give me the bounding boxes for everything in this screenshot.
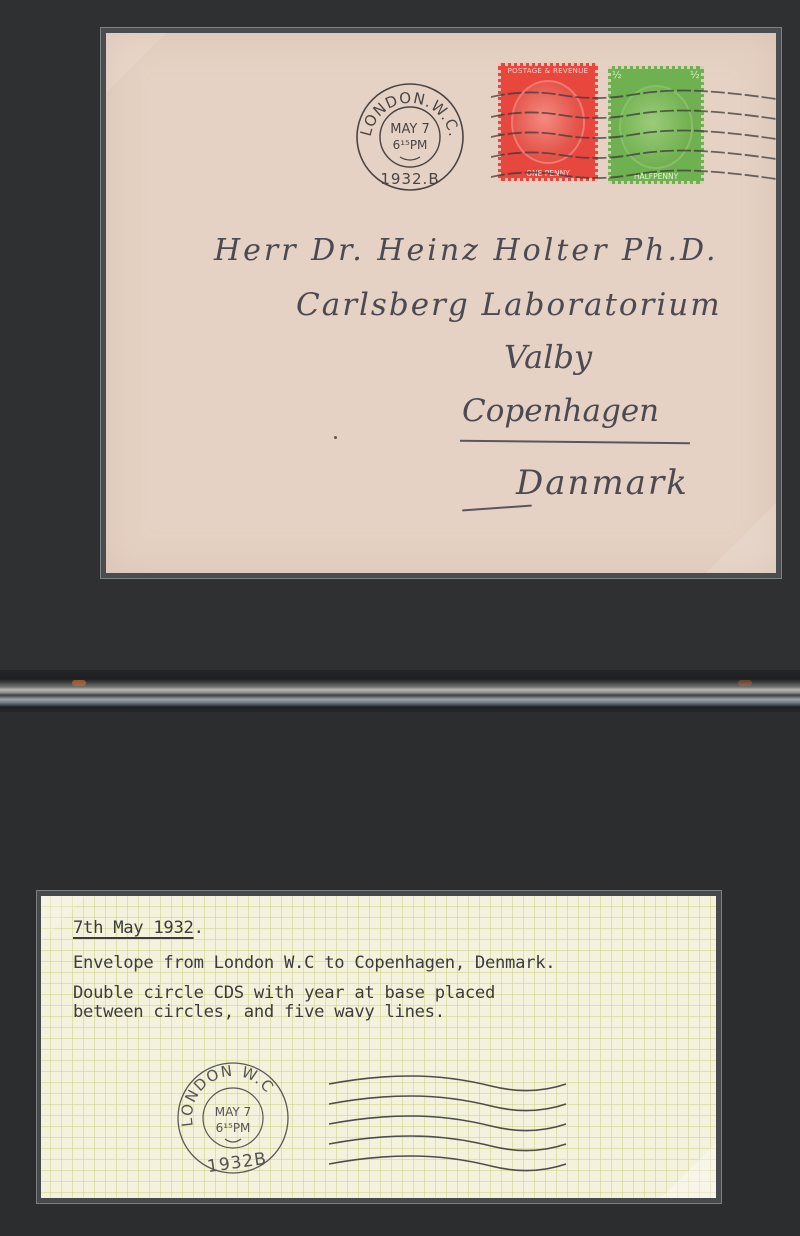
- mount-corner: [661, 1143, 716, 1198]
- postmark-time: 6¹⁵PM: [393, 138, 428, 152]
- mount-corner: [106, 33, 166, 93]
- city-underline: [460, 440, 690, 444]
- ink-dot: [334, 436, 337, 439]
- sketch-wavy-lines-icon: [329, 1076, 566, 1171]
- card-date-heading: 7th May 1932.: [73, 918, 204, 938]
- description-card: 7th May 1932. Envelope from London W.C t…: [41, 896, 716, 1198]
- postmark-year: 1932.B: [380, 170, 439, 188]
- sketch-year: 1932B: [206, 1149, 268, 1177]
- card-description-line1: Envelope from London W.C to Copenhagen, …: [73, 953, 555, 973]
- address-line-country: Danmark: [516, 463, 689, 503]
- sketch-cds-icon: LONDON W.C MAY 7 6¹⁵PM 1932B: [178, 1062, 288, 1177]
- postmark-sketch: LONDON W.C MAY 7 6¹⁵PM 1932B: [171, 1056, 591, 1180]
- envelope: LONDON.W.C. MAY 7 6¹⁵PM 1932.B POSTAGE &…: [106, 33, 776, 573]
- strip-glint: [72, 680, 86, 686]
- date-heading-period: .: [194, 918, 204, 938]
- address-line-district: Valby: [504, 338, 592, 376]
- sketch-time: 6¹⁵PM: [216, 1121, 251, 1135]
- address-line-institution: Carlsberg Laboratorium: [296, 287, 722, 323]
- card-description-line2: Double circle CDS with year at base plac…: [73, 984, 495, 1022]
- cds-postmark-icon: LONDON.W.C. MAY 7 6¹⁵PM 1932.B: [352, 81, 468, 193]
- sketch-date: MAY 7: [215, 1105, 251, 1119]
- address-line-city: Copenhagen: [462, 393, 659, 429]
- country-underline: [462, 505, 532, 512]
- mount-corner: [706, 503, 776, 573]
- postmark-date: MAY 7: [390, 122, 429, 137]
- page-divider-strip: [0, 670, 800, 712]
- strip-glint: [738, 680, 752, 686]
- wavy-cancel-lines-icon: [491, 61, 776, 191]
- address-line-recipient: Herr Dr. Heinz Holter Ph.D.: [214, 233, 719, 268]
- date-heading-text: 7th May 1932: [73, 918, 194, 938]
